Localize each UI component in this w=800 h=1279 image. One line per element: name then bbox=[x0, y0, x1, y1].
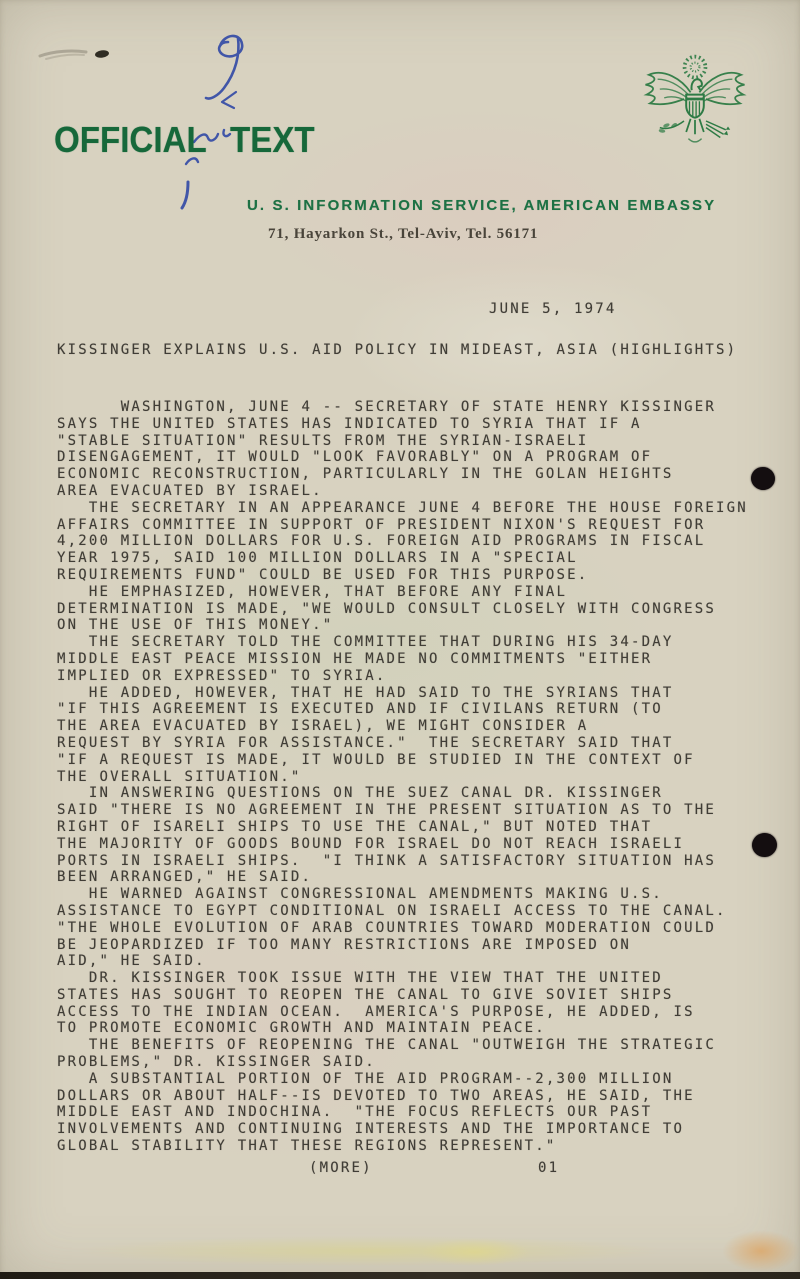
body-text: WASHINGTON, JUNE 4 -- SECRETARY OF STATE… bbox=[57, 399, 767, 1155]
address-line: 71, Hayarkon St., Tel-Aviv, Tel. 56171 bbox=[268, 226, 538, 243]
paper-tint-blob bbox=[340, 260, 700, 420]
us-great-seal-eagle-icon bbox=[640, 52, 750, 168]
masthead-title: OFFICIAL TEXT bbox=[54, 122, 315, 158]
scanned-document-page: OFFICIAL TEXT bbox=[0, 0, 800, 1279]
more-continuation-label: (MORE) bbox=[309, 1160, 373, 1176]
paper-highlight-smudge bbox=[420, 1238, 530, 1266]
paper-orange-smudge bbox=[722, 1230, 800, 1272]
pencil-smudge-mark bbox=[34, 42, 129, 68]
agency-name-line: U. S. INFORMATION SERVICE, AMERICAN EMBA… bbox=[247, 197, 716, 214]
scan-bottom-edge bbox=[0, 1272, 800, 1279]
paper-highlight-band bbox=[80, 1236, 660, 1266]
headline: KISSINGER EXPLAINS U.S. AID POLICY IN MI… bbox=[57, 342, 737, 358]
page-number: 01 bbox=[538, 1160, 559, 1176]
date-line: JUNE 5, 1974 bbox=[489, 301, 617, 317]
